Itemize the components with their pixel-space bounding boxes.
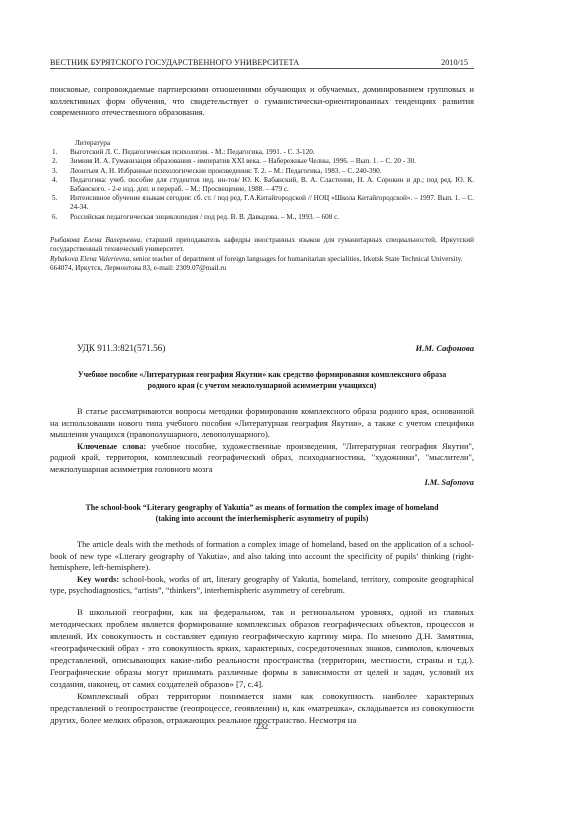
reference-item: 2.Зимняя И. А. Гуманизация образования -… [50, 157, 474, 166]
reference-item: 6.Российская педагогическая энциклопедия… [50, 213, 474, 222]
references-heading: Литература [50, 139, 474, 148]
keywords-ru: Ключевые слова: учебное пособие, художес… [50, 441, 474, 476]
previous-article-closing: поисковые, сопровождаемые партнерскими о… [50, 84, 474, 119]
body-paragraph: Комплексный образ территории понимается … [50, 690, 474, 726]
reference-item: 1.Выготский Л. С. Педагогическая психоло… [50, 148, 474, 157]
references-section: Литература 1.Выготский Л. С. Педагогичес… [50, 139, 474, 222]
issue-number: 2010/15 [441, 58, 468, 68]
body-paragraph: В школьной географии, как на федеральном… [50, 606, 474, 690]
author-ru-name: Рыбакова Елена Валерьевна [50, 236, 140, 244]
keywords-en: Key words: school-book, works of art, li… [50, 574, 474, 597]
closing-paragraph: поисковые, сопровождаемые партнерскими о… [50, 84, 474, 119]
article-body: В школьной географии, как на федеральном… [50, 606, 474, 726]
journal-page: ВЕСТНИК БУРЯТСКОГО ГОСУДАРСТВЕННОГО УНИВ… [50, 0, 474, 12]
page-number: 232 [50, 722, 474, 731]
abstract-en: The article deals with the methods of fo… [50, 539, 474, 597]
author-en-name: Rybakova Elena Valerievna [50, 255, 129, 263]
article-title-ru: Учебное пособие «Литературная география … [50, 370, 474, 391]
abstract-en-text: The article deals with the methods of fo… [50, 539, 474, 574]
author-ru: Рыбакова Елена Валерьевна, старший препо… [50, 236, 474, 255]
abstract-ru: В статье рассматриваются вопросы методик… [50, 406, 474, 476]
reference-item: 4.Педагогика: учеб. пособие для студенто… [50, 176, 474, 194]
abstract-ru-text: В статье рассматриваются вопросы методик… [50, 406, 474, 441]
reference-item: 5.Интенсивное обучение языкам сегодня: с… [50, 194, 474, 212]
reference-item: 3.Леонтьев А. Н. Избранные психологическ… [50, 167, 474, 176]
author-en: Rybakova Elena Valerievna, senior teache… [50, 255, 474, 264]
author-address: 664074, Иркутск, Лермонтова 83, e-mail: … [50, 264, 474, 273]
udk-line: УДК 911.3:821(571.56) И.М. Сафонова [50, 342, 474, 354]
article-author-ru: И.М. Сафонова [416, 342, 474, 354]
article-title-en: The school-book “Literary geography of Y… [50, 503, 474, 524]
journal-title: ВЕСТНИК БУРЯТСКОГО ГОСУДАРСТВЕННОГО УНИВ… [50, 58, 299, 68]
article-author-en: I.M. Safonova [50, 478, 474, 487]
running-header: ВЕСТНИК БУРЯТСКОГО ГОСУДАРСТВЕННОГО УНИВ… [50, 58, 474, 69]
udk-code: УДК 911.3:821(571.56) [77, 342, 165, 354]
author-info: Рыбакова Елена Валерьевна, старший препо… [50, 236, 474, 274]
references-list: 1.Выготский Л. С. Педагогическая психоло… [50, 148, 474, 222]
